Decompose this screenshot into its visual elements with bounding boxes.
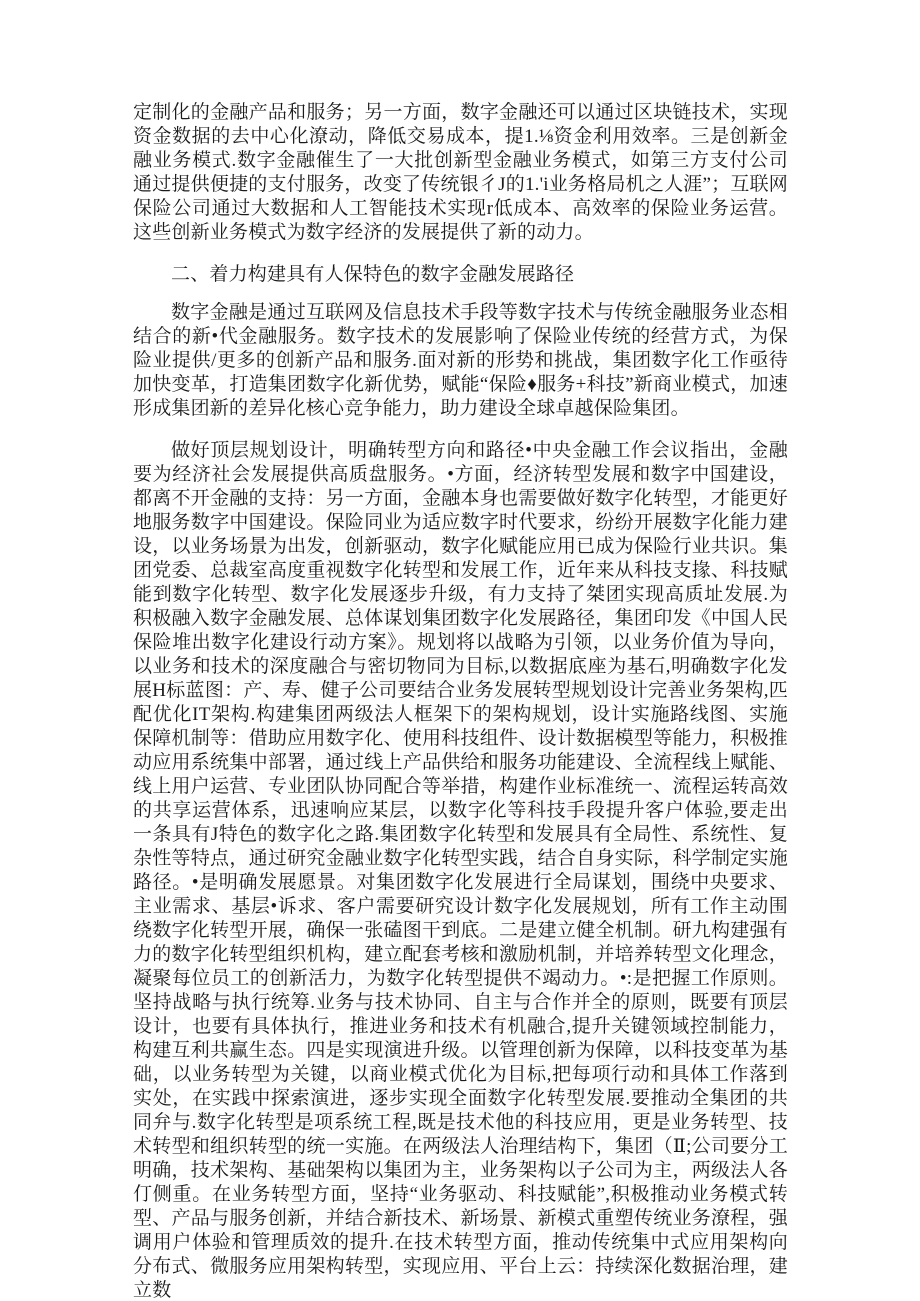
document-content: 定制化的金融产品和服务；另一方面，数字金融还可以通过区块链技术，实现资金数据的去…: [0, 0, 920, 1301]
paragraph-digital-finance-intro: 数字金融是通过互联网及信息技术手段等数字技术与传统金融服务业态相结合的新•代金融…: [133, 301, 788, 421]
document-page: 定制化的金融产品和服务；另一方面，数字金融还可以通过区块链技术，实现资金数据的去…: [0, 0, 920, 1301]
section-heading: 二、着力构建具有人保特色的数字金融发展路径: [133, 263, 788, 287]
paragraph-continuation: 定制化的金融产品和服务；另一方面，数字金融还可以通过区块链技术，实现资金数据的去…: [133, 101, 788, 245]
paragraph-top-level-planning: 做好顶层规划设计，明确转型方向和路径•中央金融工作会议指出，金融要为经济社会发展…: [133, 439, 788, 1301]
